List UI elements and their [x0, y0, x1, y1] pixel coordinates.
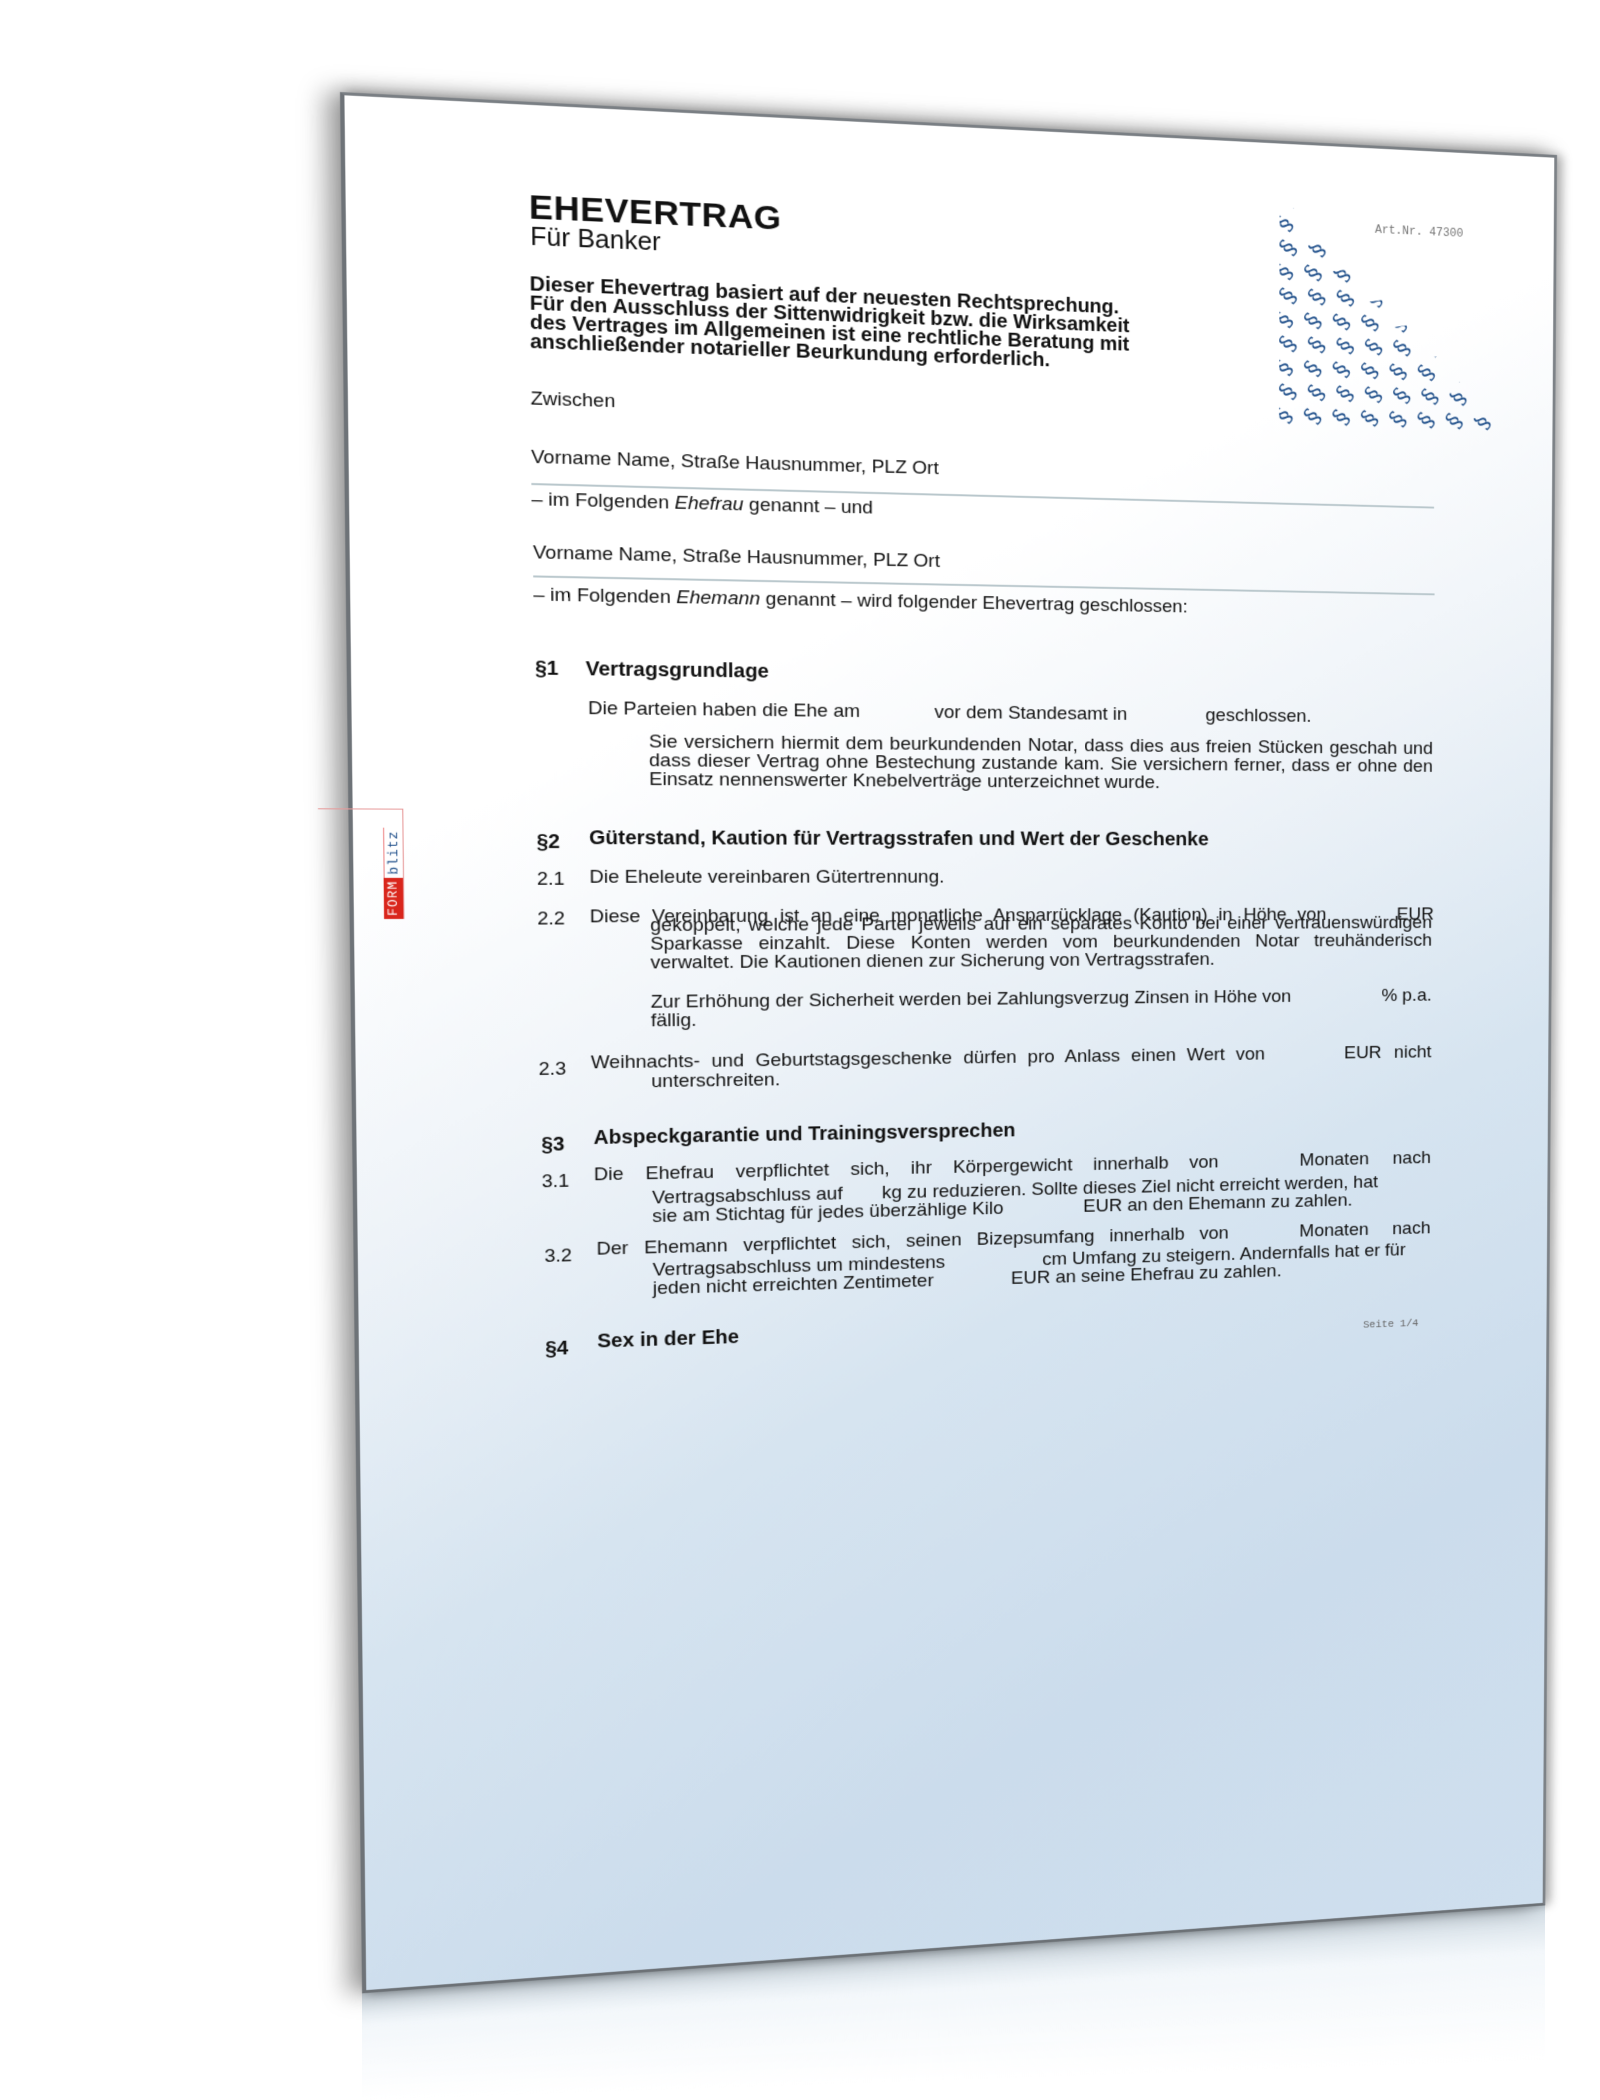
section-1-number: §1 — [535, 658, 559, 681]
svg-text:§: § — [1279, 259, 1299, 284]
clause-text: Weihnachts- und Geburtstagsgeschenke dür… — [591, 1044, 1265, 1073]
svg-text:§: § — [1327, 357, 1355, 382]
party1-address-field[interactable]: Vorname Name, Straße Hausnummer, PLZ Ort — [531, 447, 939, 480]
section-3-title: Abspeckgarantie und Trainingsversprechen — [593, 1120, 1015, 1150]
role-name: Ehemann — [676, 587, 760, 609]
svg-text:§: § — [1299, 356, 1327, 381]
svg-text:§: § — [1416, 384, 1444, 409]
section-1-marriage-clause: Die Parteien haben die Ehe am vor dem St… — [351, 695, 1548, 709]
svg-text:§: § — [1441, 409, 1469, 434]
role-prefix: – im Folgenden — [533, 584, 676, 608]
svg-text:§: § — [1303, 284, 1331, 309]
item-2-2-body: gekoppelt, welche jede Partei jeweils au… — [650, 914, 1432, 972]
formblitz-logo: FORM blitz — [383, 809, 406, 919]
svg-text:§: § — [1412, 408, 1440, 433]
section-1-title: Vertragsgrundlage — [586, 658, 769, 683]
section-1-assurance: Sie versichern hiermit dem beurkundenden… — [649, 733, 1433, 794]
svg-text:§: § — [1279, 197, 1303, 213]
svg-text:§: § — [1331, 333, 1359, 358]
clause-text: vor dem Standesamt in — [934, 702, 1127, 725]
svg-text:§: § — [1299, 212, 1327, 237]
clause-text: geschlossen. — [1205, 705, 1311, 727]
logo-blitz: blitz — [383, 827, 403, 877]
intro-notice: Dieser Ehevertrag basiert auf der neuest… — [530, 275, 1259, 377]
svg-text:§: § — [1385, 312, 1413, 337]
svg-text:§: § — [1331, 381, 1359, 406]
svg-text:§: § — [1356, 406, 1384, 431]
role-prefix: – im Folgenden — [531, 489, 674, 514]
svg-text:§: § — [1303, 380, 1331, 405]
svg-text:§: § — [1279, 211, 1299, 237]
item-3-2-number: 3.2 — [544, 1246, 572, 1268]
unit-label: Monaten nach — [1299, 1218, 1430, 1242]
unit-label: % p.a. — [1381, 987, 1431, 1005]
svg-text:§: § — [1441, 361, 1469, 386]
svg-text:§: § — [1279, 403, 1298, 428]
svg-text:§: § — [1388, 383, 1416, 408]
role-name: Ehefrau — [675, 493, 744, 516]
role-suffix: genannt – und — [743, 495, 873, 519]
section-4-number: §4 — [545, 1338, 568, 1361]
svg-text:§: § — [1384, 359, 1412, 384]
svg-text:§: § — [1444, 385, 1472, 410]
item-2-1-number: 2.1 — [537, 869, 565, 891]
svg-text:§: § — [1279, 331, 1302, 356]
svg-text:§: § — [1327, 405, 1355, 430]
page-indicator: Seite 1/4 — [1363, 1318, 1418, 1331]
svg-text:§: § — [1279, 307, 1299, 332]
party2-address-field[interactable]: Vorname Name, Straße Hausnummer, PLZ Ort — [533, 542, 940, 573]
svg-text:§: § — [1360, 287, 1388, 312]
party2-role: – im Folgenden Ehemann genannt – wird fo… — [533, 584, 1187, 618]
section-3-number: §3 — [541, 1134, 564, 1157]
item-2-1-text: Die Eheleute vereinbaren Gütertrennung. — [589, 867, 944, 889]
logo-form: FORM — [384, 878, 404, 919]
svg-text:§: § — [1356, 310, 1384, 335]
svg-text:§: § — [1356, 358, 1384, 383]
unit-label: Monaten nach — [1299, 1148, 1430, 1171]
section-2-title: Güterstand, Kaution für Vertragsstrafen … — [589, 827, 1209, 851]
svg-text:§: § — [1279, 355, 1299, 380]
svg-text:§: § — [1299, 260, 1327, 285]
section-4-title: Sex in der Ehe — [597, 1327, 739, 1354]
svg-text:§: § — [1279, 283, 1303, 308]
svg-text:§: § — [1384, 407, 1412, 432]
item-3-1-number: 3.1 — [542, 1171, 570, 1193]
svg-text:§: § — [1299, 404, 1327, 429]
svg-text:§: § — [1360, 335, 1388, 360]
svg-text:§: § — [1279, 235, 1303, 260]
logo-rule — [318, 808, 402, 809]
svg-text:§: § — [1417, 337, 1445, 362]
item-2-3-body: unterschreiten. — [651, 1070, 780, 1093]
svg-text:§: § — [1332, 286, 1360, 311]
svg-text:§: § — [1299, 308, 1327, 333]
document-page: EHEVERTRAG Für Banker Dieser Ehevertrag … — [340, 92, 1557, 1993]
clause-text: EUR an den Ehemann zu zahlen. — [1083, 1192, 1352, 1216]
svg-text:§: § — [1469, 410, 1497, 435]
item-2-3-lead: Weihnachts- und Geburtstagsgeschenke dür… — [591, 1042, 1432, 1074]
clause-text: Die Parteien haben die Ehe am — [588, 698, 860, 723]
svg-text:§: § — [1328, 261, 1356, 286]
logo-wordmark: FORM blitz — [383, 827, 403, 919]
unit-label: EUR nicht — [1344, 1042, 1431, 1064]
party1-role: – im Folgenden Ehefrau genannt – und — [531, 489, 873, 519]
role-suffix: genannt – wird folgender Ehevertrag gesc… — [760, 589, 1187, 617]
section-2-number: §2 — [537, 831, 561, 854]
svg-text:§: § — [1303, 236, 1331, 261]
document-preview-stage: EHEVERTRAG Für Banker Dieser Ehevertrag … — [0, 0, 1600, 2100]
document-subtitle: Für Banker — [530, 223, 661, 258]
svg-text:§: § — [1303, 332, 1331, 357]
svg-text:§: § — [1413, 360, 1441, 385]
svg-text:§: § — [1388, 336, 1416, 361]
item-2-2-number: 2.2 — [537, 909, 565, 931]
paragraph-symbol-pattern-icon: §§§§§§§§§§§§§§§§§§§§§§§§§§§§§§§§§§§§§§§§… — [1279, 197, 1534, 454]
item-2-3-number: 2.3 — [539, 1059, 567, 1081]
between-label: Zwischen — [531, 388, 616, 413]
svg-text:§: § — [1279, 379, 1302, 404]
svg-text:§: § — [1360, 382, 1388, 407]
svg-text:§: § — [1328, 309, 1356, 334]
item-2-2-interest: Zur Erhöhung der Sicherheit werden bei Z… — [651, 987, 1432, 1031]
